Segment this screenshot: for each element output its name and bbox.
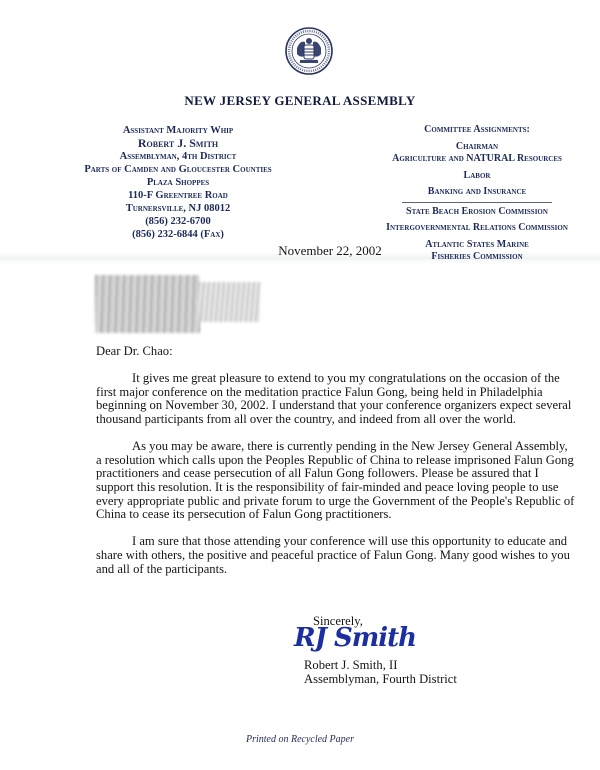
address-line-2: 110-F Greentree Road [58, 189, 298, 202]
letter-body: Dear Dr. Chao: It gives me great pleasur… [96, 345, 576, 590]
member-name: Robert J. Smith [58, 137, 298, 150]
divider [402, 202, 552, 203]
chairman-label: Chairman [362, 141, 592, 154]
address-line-1: Plaza Shoppes [58, 176, 298, 189]
address-city: Turnersville, NJ 08012 [58, 202, 298, 215]
district-area: Parts of Camden and Gloucester Counties [58, 163, 298, 176]
salutation: Dear Dr. Chao: [96, 345, 576, 359]
commission-2: Intergovernmental Relations Commission [362, 222, 592, 235]
nj-state-seal-icon [284, 26, 334, 76]
fax: (856) 232-6844 (Fax) [58, 228, 298, 241]
committee-3: Banking and Insurance [362, 186, 592, 199]
signature-block: Robert J. Smith, II Assemblyman, Fourth … [304, 659, 457, 686]
commission-1: State Beach Erosion Commission [362, 206, 592, 219]
letterhead-left: Assistant Majority Whip Robert J. Smith … [58, 124, 298, 241]
org-title: NEW JERSEY GENERAL ASSEMBLY [0, 93, 600, 109]
recycled-paper-note: Printed on Recycled Paper [0, 734, 600, 745]
signer-title: Assemblyman, Fourth District [304, 673, 457, 687]
handwritten-signature: RJ Smith [294, 623, 416, 653]
phone: (856) 232-6700 [58, 215, 298, 228]
redacted-address-2 [198, 282, 260, 322]
paragraph-1: It gives me great pleasure to extend to … [96, 372, 576, 426]
redacted-address [95, 275, 200, 333]
committee-2: Labor [362, 170, 592, 183]
paragraph-3: I am sure that those attending your conf… [96, 535, 576, 576]
signer-name: Robert J. Smith, II [304, 659, 457, 673]
committee-1: Agriculture and NATURAL Resources [362, 153, 592, 166]
member-title: Assemblyman, 4th District [58, 150, 298, 163]
letter-date: November 22, 2002 [0, 243, 600, 259]
paragraph-2: As you may be aware, there is currently … [96, 440, 576, 522]
committee-heading: Committee Assignments: [362, 124, 592, 137]
